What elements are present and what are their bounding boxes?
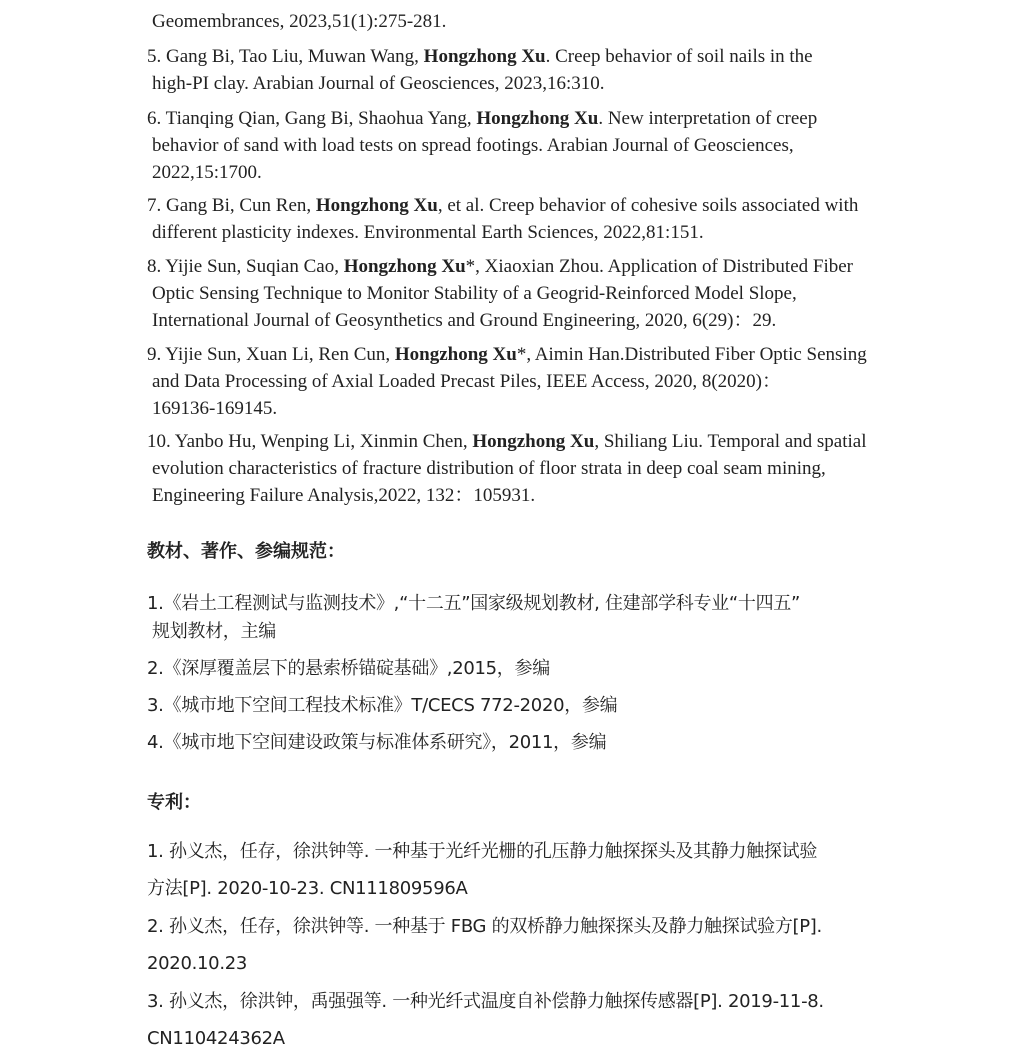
paper-continuation-text: Geomembrances, 2023,51(1):275-281.	[147, 8, 922, 35]
paper-continuation: Geomembrances, 2023,51(1):275-281.	[147, 8, 922, 35]
paper-text: *, Xiaoxian Zhou. Application of Distrib…	[466, 256, 853, 277]
paper-line: 8. Yijie Sun, Suqian Cao, Hongzhong Xu*,…	[147, 253, 922, 280]
paper-text: *, Aimin Han.Distributed Fiber Optic Sen…	[517, 344, 867, 365]
paper-text: 6. Tianqing Qian, Gang Bi, Shaohua Yang,	[147, 108, 476, 129]
book-item-1-cont: 规划教材，主编	[147, 613, 927, 650]
book-item-2: 2.《深厚覆盖层下的悬索桥锚碇基础》,2015，参编	[147, 650, 927, 687]
patent-item-3: 3. 孙义杰，徐洪钟，禹强强等. 一种光纤式温度自补偿静力触探传感器[P]. 2…	[147, 983, 927, 1057]
book-line: 4.《城市地下空间建设政策与标准体系研究》，2011，参编	[147, 724, 927, 761]
paper-item-10: 10. Yanbo Hu, Wenping Li, Xinmin Chen, H…	[147, 428, 922, 509]
patent-item-2: 2. 孙义杰，任存，徐洪钟等. 一种基于 FBG 的双桥静力触探探头及静力触探试…	[147, 908, 927, 982]
paper-item-6: 6. Tianqing Qian, Gang Bi, Shaohua Yang,…	[147, 105, 922, 186]
paper-line: 2022,15:1700.	[147, 159, 922, 186]
paper-line: behavior of sand with load tests on spre…	[147, 132, 922, 159]
book-line: 规划教材，主编	[147, 613, 927, 650]
paper-item-7: 7. Gang Bi, Cun Ren, Hongzhong Xu, et al…	[147, 192, 922, 246]
paper-text: 7. Gang Bi, Cun Ren,	[147, 195, 316, 216]
paper-line: 7. Gang Bi, Cun Ren, Hongzhong Xu, et al…	[147, 192, 922, 219]
paper-line: evolution characteristics of fracture di…	[147, 455, 922, 482]
author-highlight: Hongzhong Xu	[476, 108, 598, 129]
author-highlight: Hongzhong Xu	[344, 256, 466, 277]
paper-line: 5. Gang Bi, Tao Liu, Muwan Wang, Hongzho…	[147, 43, 922, 70]
book-item-4: 4.《城市地下空间建设政策与标准体系研究》，2011，参编	[147, 724, 927, 761]
paper-line: International Journal of Geosynthetics a…	[147, 307, 922, 334]
paper-text: 8. Yijie Sun, Suqian Cao,	[147, 256, 344, 277]
patent-line: 1. 孙义杰，任存，徐洪钟等. 一种基于光纤光栅的孔压静力触探探头及其静力触探试…	[147, 833, 927, 870]
paper-text: 10. Yanbo Hu, Wenping Li, Xinmin Chen,	[147, 431, 472, 452]
author-highlight: Hongzhong Xu	[472, 431, 594, 452]
book-item-3: 3.《城市地下空间工程技术标准》T/CECS 772-2020，参编	[147, 687, 927, 724]
paper-line: and Data Processing of Axial Loaded Prec…	[147, 368, 922, 395]
paper-line: 9. Yijie Sun, Xuan Li, Ren Cun, Hongzhon…	[147, 341, 922, 368]
patent-line: 2. 孙义杰，任存，徐洪钟等. 一种基于 FBG 的双桥静力触探探头及静力触探试…	[147, 908, 927, 945]
book-line: 2.《深厚覆盖层下的悬索桥锚碇基础》,2015，参编	[147, 650, 927, 687]
paper-item-9: 9. Yijie Sun, Xuan Li, Ren Cun, Hongzhon…	[147, 341, 922, 422]
patents-section-heading: 专利：	[147, 788, 201, 814]
paper-text: , Shiliang Liu. Temporal and spatial	[594, 431, 866, 452]
paper-line: 6. Tianqing Qian, Gang Bi, Shaohua Yang,…	[147, 105, 922, 132]
paper-text: 5. Gang Bi, Tao Liu, Muwan Wang,	[147, 46, 424, 67]
paper-line: Optic Sensing Technique to Monitor Stabi…	[147, 280, 922, 307]
author-highlight: Hongzhong Xu	[316, 195, 438, 216]
paper-text: , et al. Creep behavior of cohesive soil…	[438, 195, 859, 216]
paper-line: Engineering Failure Analysis,2022, 132：1…	[147, 482, 922, 509]
author-highlight: Hongzhong Xu	[424, 46, 546, 67]
paper-text: . Creep behavior of soil nails in the	[546, 46, 813, 67]
paper-text: 9. Yijie Sun, Xuan Li, Ren Cun,	[147, 344, 395, 365]
book-line: 3.《城市地下空间工程技术标准》T/CECS 772-2020，参编	[147, 687, 927, 724]
patent-line: 3. 孙义杰，徐洪钟，禹强强等. 一种光纤式温度自补偿静力触探传感器[P]. 2…	[147, 983, 927, 1020]
paper-line: 10. Yanbo Hu, Wenping Li, Xinmin Chen, H…	[147, 428, 922, 455]
author-highlight: Hongzhong Xu	[395, 344, 517, 365]
patent-item-1: 1. 孙义杰，任存，徐洪钟等. 一种基于光纤光栅的孔压静力触探探头及其静力触探试…	[147, 833, 927, 907]
paper-line: different plasticity indexes. Environmen…	[147, 219, 922, 246]
books-section-heading: 教材、著作、参编规范：	[147, 537, 345, 563]
patent-line: 方法[P]. 2020-10-23. CN111809596A	[147, 870, 927, 907]
patent-line: CN110424362A	[147, 1020, 927, 1057]
patent-line: 2020.10.23	[147, 945, 927, 982]
paper-item-8: 8. Yijie Sun, Suqian Cao, Hongzhong Xu*,…	[147, 253, 922, 334]
paper-line: high-PI clay. Arabian Journal of Geoscie…	[147, 70, 922, 97]
paper-text: . New interpretation of creep	[598, 108, 817, 129]
paper-line: 169136-169145.	[147, 395, 922, 422]
paper-item-5: 5. Gang Bi, Tao Liu, Muwan Wang, Hongzho…	[147, 43, 922, 97]
